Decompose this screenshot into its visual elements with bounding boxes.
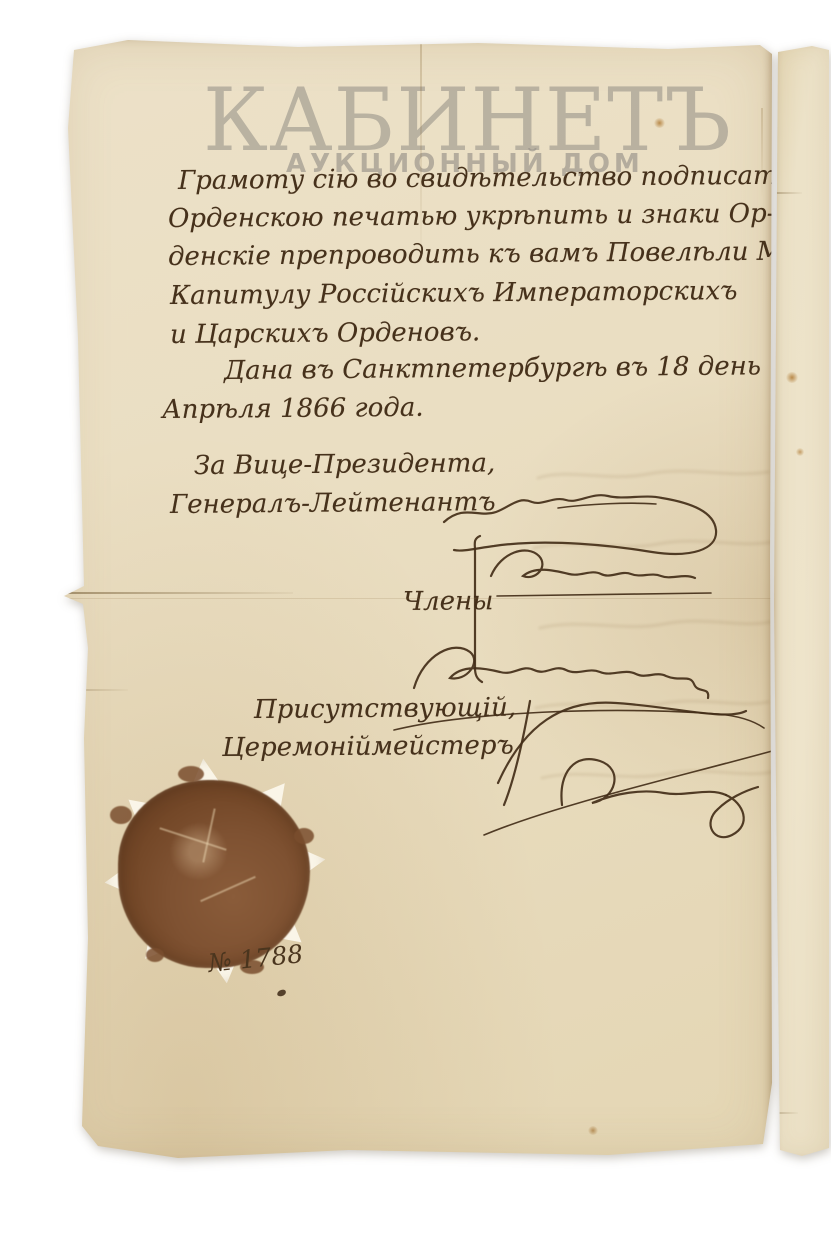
- wax-blob: [178, 766, 204, 782]
- document-page: КАБИНЕТЪ АУКЦИОННЫЙ ДОМ Грамоту сію во с…: [58, 38, 772, 1160]
- edge-crack: [772, 1112, 798, 1114]
- body-line-3: денскіе препроводить къ вамъ Повелѣли Мы: [168, 236, 805, 272]
- wax-blob: [110, 806, 132, 824]
- edge-crack: [772, 192, 802, 194]
- foxing-spot: [786, 372, 798, 383]
- date-line-1: Дана въ Санктпетербургѣ въ 18 день: [224, 351, 761, 386]
- body-line-5: и Царскихъ Орденовъ.: [170, 317, 480, 350]
- wax-blob: [294, 828, 314, 844]
- body-line-1: Грамоту сію во свидѣтельство подписать,: [178, 161, 800, 196]
- body-line-2: Орденскою печатью укрѣпить и знаки Ор-: [168, 199, 776, 234]
- edge-tear: [58, 689, 128, 691]
- edge-crack: [761, 108, 763, 198]
- foxing-spot: [588, 1126, 598, 1135]
- foxing-spot: [796, 448, 804, 456]
- edge-tear: [58, 592, 293, 594]
- ink-speck: [276, 989, 286, 997]
- document-sheets: КАБИНЕТЪ АУКЦИОННЫЙ ДОМ Грамоту сію во с…: [0, 0, 831, 1237]
- show-through-writing: [528, 458, 778, 798]
- fold-crease-vertical: [420, 38, 422, 273]
- date-line-2: Апрѣля 1866 года.: [162, 393, 424, 425]
- foxing-spot: [654, 118, 665, 128]
- second-leaf-edge: [772, 44, 829, 1158]
- photo-of-document: КАБИНЕТЪ АУКЦИОННЫЙ ДОМ Грамоту сію во с…: [0, 0, 831, 1237]
- wax-blob: [146, 948, 164, 962]
- body-line-4: Капитулу Россійскихъ Императорскихъ: [170, 276, 738, 311]
